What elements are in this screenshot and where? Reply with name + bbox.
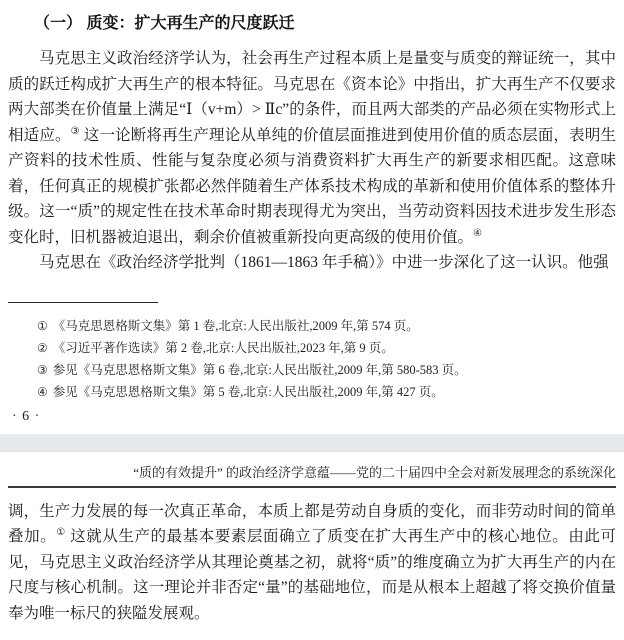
paragraph-3: 调，生产力发展的每一次真正革命，本质上都是劳动自身质的变化，而非劳动时间的简单叠…: [8, 499, 616, 627]
footnote-text: 参见《马克思恩格斯文集》第 5 卷,北京:人民出版社,2009 年,第 427 …: [53, 385, 444, 399]
section-heading: （一） 质变：扩大再生产的尺度跃迁: [34, 14, 616, 34]
page-2: “质的有效提升” 的政治经济学意蕴——党的二十届四中全会对新发展理念的系统深化 …: [0, 452, 624, 627]
paragraph-1-text-b: 这一论断将再生产理论从单纯的价值层面推进到使用价值的质态层面，表明生产资料的技术…: [8, 127, 616, 246]
footnote-item: ①《马克思恩格斯文集》第 1 卷,北京:人民出版社,2009 年,第 574 页…: [37, 315, 616, 337]
footnote-ref-4: ④: [473, 227, 482, 238]
footnote-marker: ④: [37, 385, 48, 399]
footnote-ref-1: ①: [56, 527, 66, 538]
paragraph-3-text-b: 这就从生产的最基本要素层面确立了质变在扩大再生产中的核心地位。由此可见，马克思主…: [8, 528, 616, 622]
page-number: · 6 ·: [12, 409, 616, 425]
page-1: （一） 质变：扩大再生产的尺度跃迁 马克思主义政治经济学认为，社会再生产过程本质…: [0, 0, 624, 425]
footnote-item: ②《习近平著作选读》第 2 卷,北京:人民出版社,2023 年,第 9 页。: [37, 337, 616, 359]
footnotes: ①《马克思恩格斯文集》第 1 卷,北京:人民出版社,2009 年,第 574 页…: [8, 315, 616, 403]
paragraph-2: 马克思在《政治经济学批判（1861—1863 年手稿）》中进一步深化了这一认识。…: [8, 250, 616, 276]
footnote-marker: ①: [37, 319, 48, 333]
footnote-text: 《习近平著作选读》第 2 卷,北京:人民出版社,2023 年,第 9 页。: [53, 341, 394, 355]
running-header: “质的有效提升” 的政治经济学意蕴——党的二十届四中全会对新发展理念的系统深化: [8, 464, 616, 488]
footnote-item: ③参见《马克思恩格斯文集》第 6 卷,北京:人民出版社,2009 年,第 580…: [37, 359, 616, 381]
document-view: （一） 质变：扩大再生产的尺度跃迁 马克思主义政治经济学认为，社会再生产过程本质…: [0, 0, 624, 640]
footnote-text: 参见《马克思恩格斯文集》第 6 卷,北京:人民出版社,2009 年,第 580-…: [53, 363, 467, 377]
page-separator-band: [0, 434, 624, 452]
footnote-marker: ②: [37, 341, 48, 355]
footnote-marker: ③: [37, 363, 48, 377]
footnote-divider: [8, 302, 158, 303]
footnote-text: 《马克思恩格斯文集》第 1 卷,北京:人民出版社,2009 年,第 574 页。: [53, 319, 419, 333]
footnote-ref-3: ③: [71, 125, 80, 136]
paragraph-1: 马克思主义政治经济学认为，社会再生产过程本质上是量变与质变的辩证统一，其中质的跃…: [8, 46, 616, 250]
footnote-item: ④参见《马克思恩格斯文集》第 5 卷,北京:人民出版社,2009 年,第 427…: [37, 381, 616, 403]
